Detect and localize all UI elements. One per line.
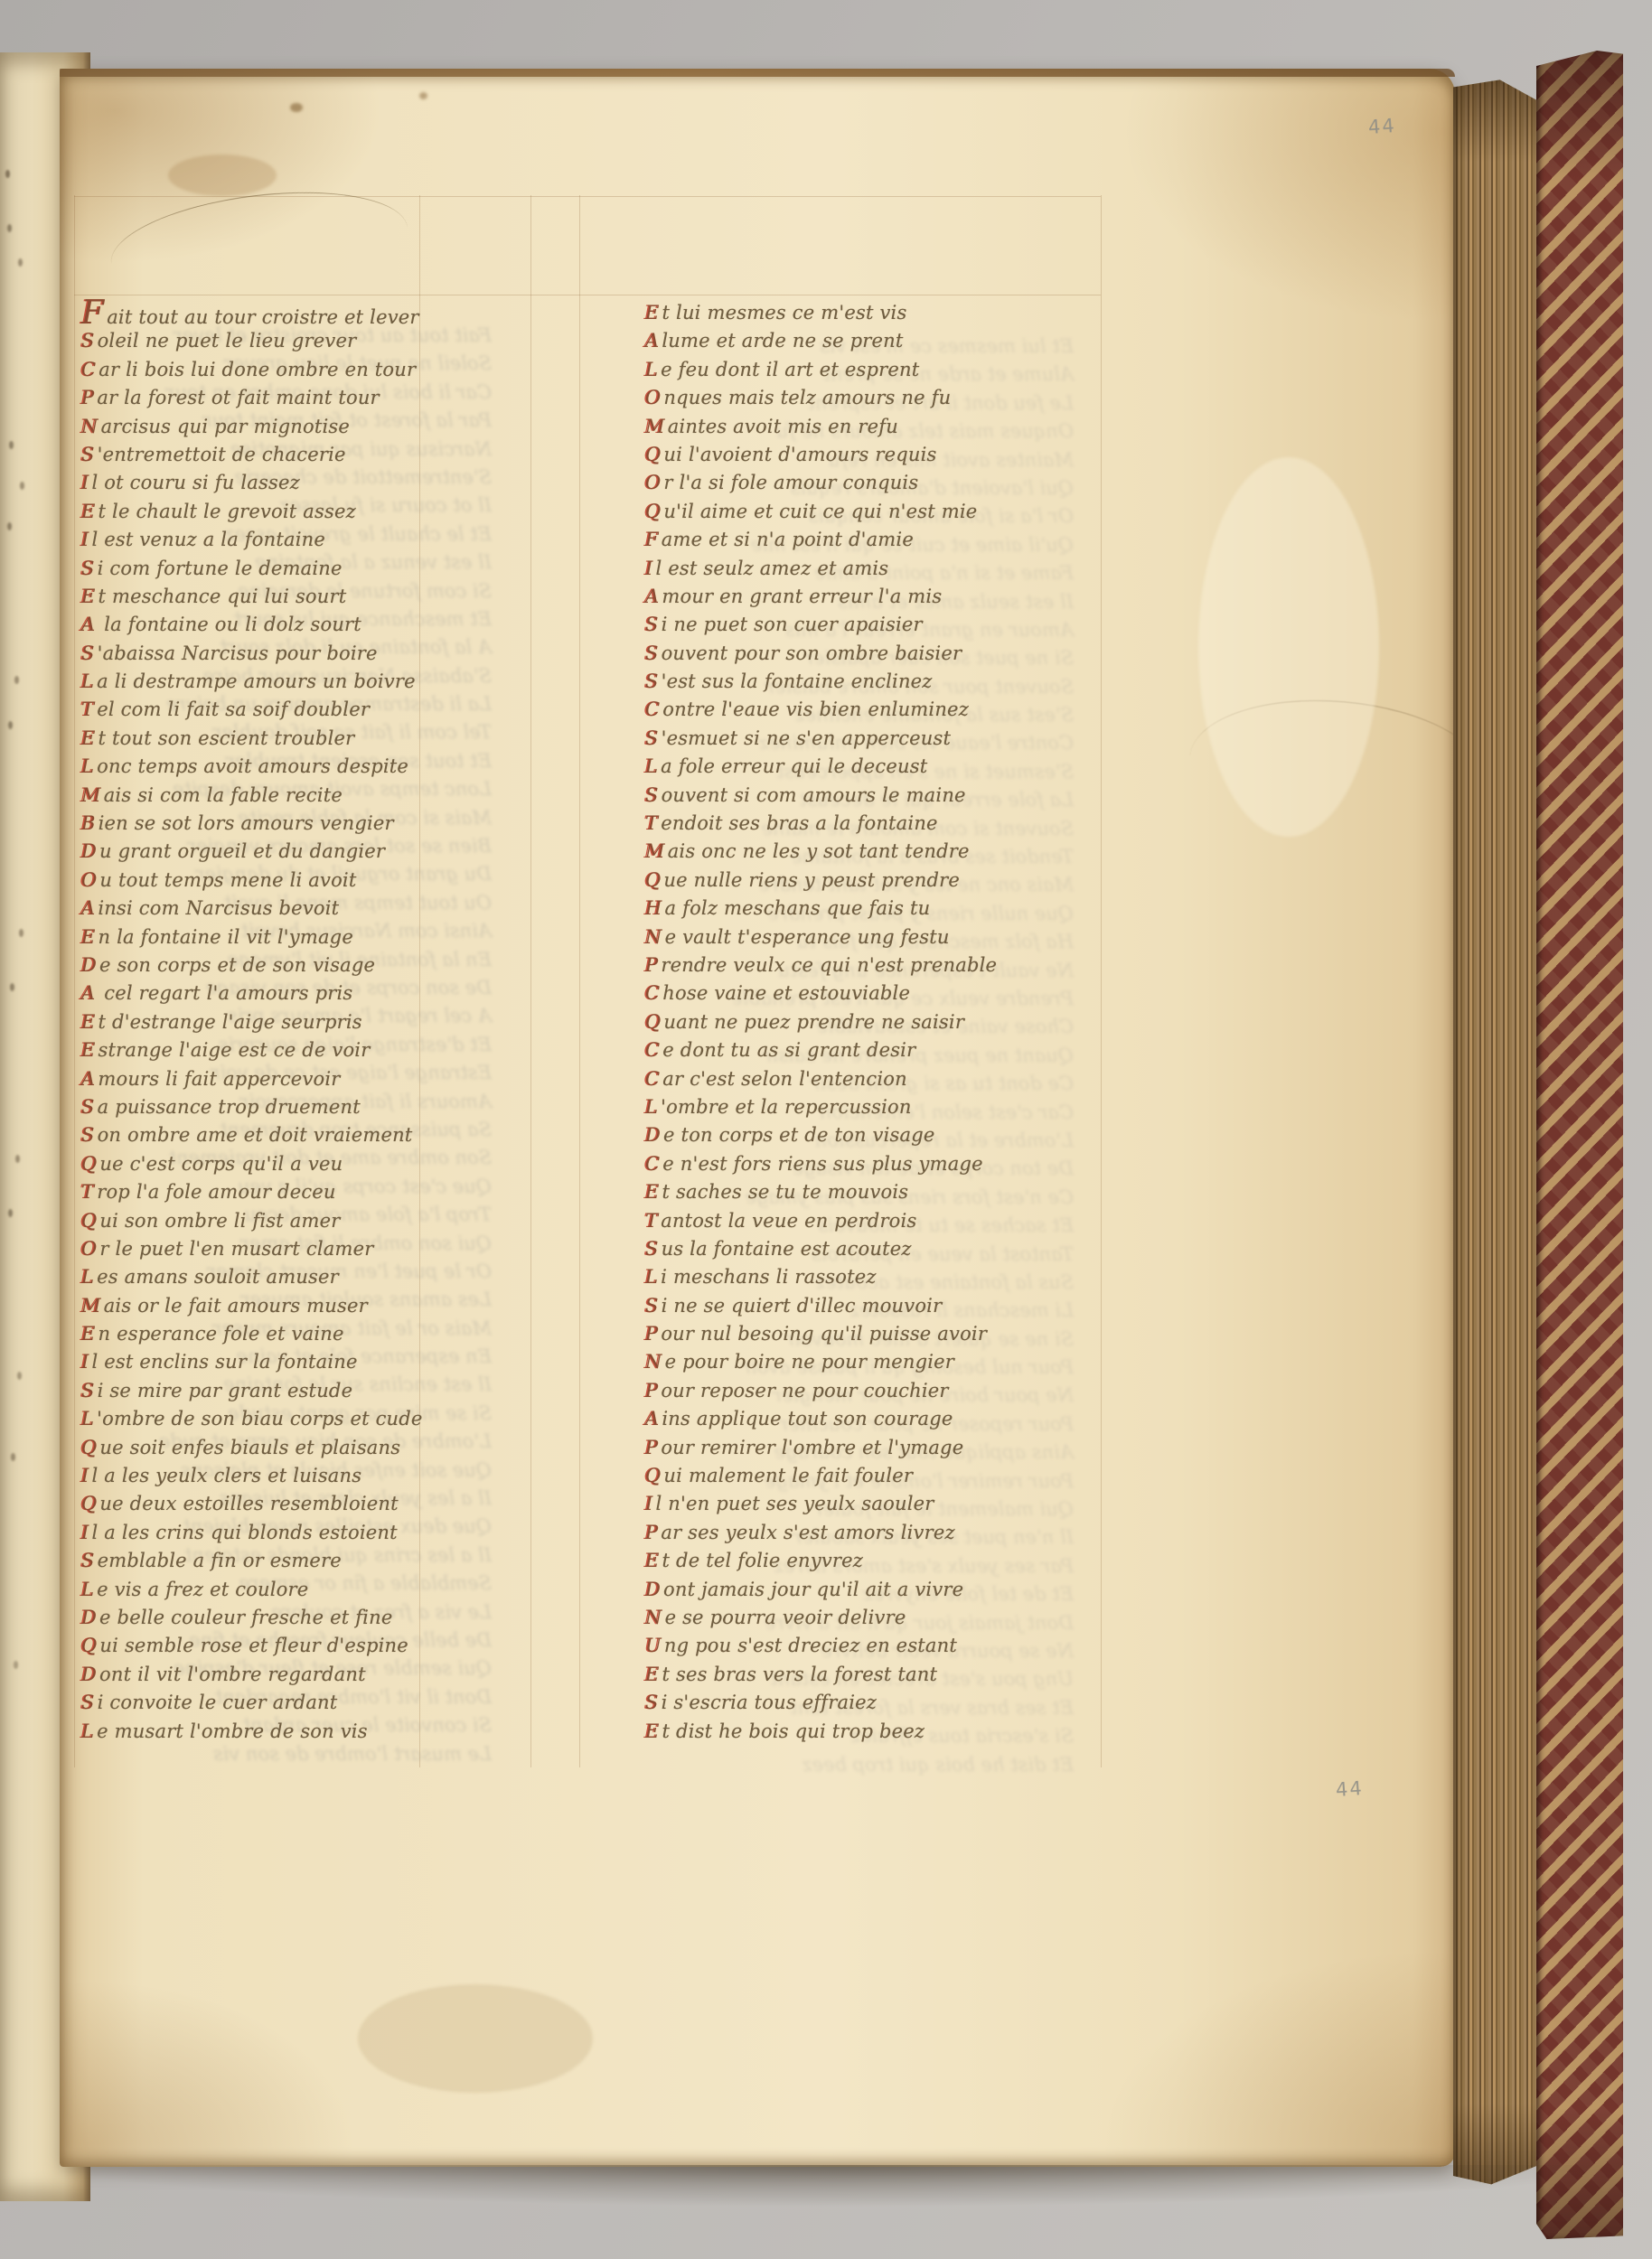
line-initial: Q (645, 501, 661, 522)
line-initial: C (81, 359, 96, 380)
line-text: mour en grant erreur l'a mis (662, 586, 942, 607)
line-initial: S (645, 1238, 659, 1260)
ruling-line (74, 196, 1101, 197)
manuscript-line: De ton corps et de ton visage (645, 1121, 1070, 1149)
line-initial: M (81, 784, 101, 806)
line-text: e dont tu as si grant desir (662, 1039, 915, 1061)
manuscript-line: Et dist he bois qui trop beez (649, 1751, 1074, 1779)
line-initial: F (81, 295, 104, 332)
manuscript-line: Si com fortune le demaine (81, 555, 506, 583)
manuscript-line: Ung pou s'est dreciez en estant (645, 1632, 1070, 1660)
line-initial: N (645, 926, 662, 948)
line-initial: I (645, 1493, 653, 1514)
line-text: i s'escria tous effraiez (662, 1692, 877, 1713)
line-text: i convoite le cuer ardant (98, 1692, 338, 1713)
manuscript-line: Il n'en puet ses yeulx saouler (645, 1490, 1070, 1518)
book-cover (1536, 51, 1623, 2239)
manuscript-line: Souvent si com amours le maine (645, 782, 1070, 810)
line-initial: S (81, 1550, 95, 1571)
line-text: e belle couleur fresche et fine (99, 1607, 392, 1628)
manuscript-line: Si ne puet son cuer apaisier (645, 611, 1070, 639)
manuscript-line: Que soit enfes biauls et plaisans (81, 1434, 506, 1462)
line-initial: I (645, 558, 653, 579)
line-initial: E (645, 302, 660, 323)
line-initial: L (81, 1408, 94, 1429)
line-text: ui semble rose et fleur d'espine (99, 1635, 408, 1656)
line-text: u grant orgueil et du dangier (99, 840, 385, 862)
manuscript-line: Chose vaine et estouviable (645, 980, 1070, 1008)
line-text: aintes avoit mis en refu (668, 416, 898, 437)
manuscript-line: Tendoit ses bras a la fontaine (645, 810, 1070, 838)
line-initial: T (645, 1210, 658, 1232)
line-text: ar la forest ot fait maint tour (97, 387, 379, 408)
line-initial: L (645, 359, 658, 380)
line-initial: S (81, 558, 95, 579)
line-initial: T (81, 698, 94, 720)
folio-number-bottom: 44 (1335, 1777, 1364, 1801)
line-text: i ne se quiert d'illec mouvoir (662, 1295, 943, 1317)
manuscript-line: Contre l'eaue vis bien enluminez (645, 696, 1070, 724)
line-text: ng pou s'est dreciez en estant (664, 1635, 957, 1656)
line-initial: F (645, 529, 659, 550)
line-initial: I (81, 1522, 89, 1543)
line-initial: E (81, 1039, 96, 1061)
line-text: rendre veulx ce qui n'est prenable (661, 954, 997, 976)
manuscript-line: Et d'estrange l'aige seurpris (81, 1008, 506, 1036)
manuscript-line: Onques mais telz amours ne fu (645, 384, 1070, 412)
line-initial: L (81, 755, 94, 777)
manuscript-line: Ha folz meschans que fais tu (645, 895, 1070, 923)
manuscript-line: Or l'a si fole amour conquis (645, 469, 1070, 497)
manuscript-line: Il ot couru si fu lassez (81, 469, 506, 497)
line-text: ar c'est selon l'entencion (662, 1068, 907, 1090)
line-text: us la fontaine est acoutez (662, 1238, 912, 1260)
line-initial: Q (81, 1210, 97, 1232)
manuscript-line: A cel regart l'a amours pris (81, 980, 506, 1008)
line-initial: D (81, 1607, 97, 1628)
manuscript-line: Pour remirer l'ombre et l'ymage (645, 1434, 1070, 1462)
manuscript-line: Il a les crins qui blonds estoient (81, 1519, 506, 1547)
line-initial: B (81, 812, 96, 834)
manuscript-line: Le feu dont il art et esprent (645, 356, 1070, 384)
manuscript-line: Quant ne puez prendre ne saisir (645, 1008, 1070, 1036)
line-text: arcisus qui par mignotise (101, 416, 350, 437)
line-initial: P (645, 1323, 658, 1345)
line-text: ouvent si com amours le maine (662, 784, 966, 806)
manuscript-line: Car c'est selon l'entencion (645, 1065, 1070, 1093)
text-column-left: Fait tout au tour croistre et leverSolei… (81, 299, 506, 1746)
line-text: t de tel folie enyvrez (662, 1550, 863, 1571)
line-initial: S (645, 784, 659, 806)
stain-patch (358, 1984, 593, 2093)
line-text: i meschans li rassotez (661, 1266, 877, 1288)
manuscript-line: Ce n'est fors riens sus plus ymage (645, 1150, 1070, 1178)
stain-patch (168, 155, 277, 196)
line-initial: S (81, 1380, 95, 1401)
line-text: l est seulz amez et amis (656, 558, 889, 579)
manuscript-line: Bien se sot lors amours vengier (81, 810, 506, 838)
manuscript-line: Et saches se tu te mouvois (645, 1178, 1070, 1206)
manuscript-line: Dont il vit l'ombre regardant (81, 1661, 506, 1689)
line-initial: S (81, 1096, 95, 1118)
line-text: ue soit enfes biauls et plaisans (99, 1437, 400, 1458)
line-text: ui son ombre li fist amer (99, 1210, 340, 1232)
line-text: on ombre ame et doit vraiement (98, 1124, 413, 1146)
line-initial: S (81, 1124, 95, 1146)
photo-backdrop: Fait tout au tour croistre et leverSolei… (0, 0, 1652, 2259)
line-text: 'entremettoit de chacerie (98, 444, 346, 465)
manuscript-line: Et de tel folie enyvrez (645, 1547, 1070, 1575)
line-initial: I (81, 1465, 89, 1486)
line-text: ien se sot lors amours vengier (99, 812, 394, 834)
line-text: l n'en puet ses yeulx saouler (656, 1493, 934, 1514)
text-column-right: Et lui mesmes ce m'est visAlume et arde … (645, 299, 1070, 1746)
line-text: hose vaine et estouviable (662, 982, 910, 1004)
line-initial: O (645, 387, 661, 408)
manuscript-line: Si ne se quiert d'illec mouvoir (645, 1292, 1070, 1320)
line-text: ame et si n'a point d'amie (662, 529, 914, 550)
line-initial: C (645, 698, 660, 720)
line-text: our remirer l'ombre et l'ymage (661, 1437, 963, 1458)
line-text: a puissance trop druement (98, 1096, 361, 1118)
line-initial: E (645, 1550, 660, 1571)
line-text: lume et arde ne se prent (662, 330, 903, 352)
line-initial: Q (645, 1011, 661, 1033)
ruling-line (530, 195, 531, 1767)
line-initial: P (645, 1522, 658, 1543)
line-text: a folz meschans que fais tu (665, 897, 931, 919)
line-initial: Q (645, 869, 661, 891)
line-text: t ses bras vers la forest tant (662, 1664, 938, 1685)
line-text: r l'a si fole amour conquis (663, 472, 918, 493)
line-initial: S (645, 1295, 659, 1317)
line-initial: P (81, 387, 94, 408)
line-initial: C (645, 1068, 660, 1090)
line-text: el com li fait sa soif doubler (97, 698, 370, 720)
line-text: antost la veue en perdrois (661, 1210, 916, 1232)
manuscript-line: Et le chault le grevoit assez (81, 498, 506, 526)
line-text: e n'est fors riens sus plus ymage (662, 1153, 982, 1175)
line-text: ont jamais jour qu'il ait a vivre (663, 1579, 963, 1600)
manuscript-line: Amour en grant erreur l'a mis (645, 583, 1070, 611)
manuscript-line: Pour nul besoing qu'il puisse avoir (645, 1320, 1070, 1348)
line-initial: A (81, 982, 95, 1004)
line-initial: L (81, 1720, 94, 1742)
manuscript-line: Car li bois lui done ombre en tour (81, 356, 506, 384)
line-text: ue nulle riens y peust prendre (663, 869, 960, 891)
manuscript-line: A la fontaine ou li dolz sourt (81, 611, 506, 639)
ruling-line (1101, 195, 1102, 1767)
line-text: rop l'a fole amour deceu (97, 1181, 335, 1203)
manuscript-line: Sus la fontaine est acoutez (645, 1235, 1070, 1263)
manuscript-line: Le vis a frez et coulore (81, 1576, 506, 1604)
manuscript-line: Si convoite le cuer ardant (81, 1689, 506, 1717)
line-initial: E (645, 1181, 660, 1203)
line-text: 'ombre et la repercussion (661, 1096, 911, 1118)
manuscript-line: Ne vault t'esperance ung festu (645, 923, 1070, 951)
line-text: l a les crins qui blonds estoient (92, 1522, 398, 1543)
line-initial: S (645, 727, 659, 749)
line-text: a li destrampe amours un boivre (97, 670, 416, 692)
facing-page-text-fragments (5, 170, 10, 178)
manuscript-line: Que nulle riens y peust prendre (645, 867, 1070, 895)
line-text: l est enclins sur la fontaine (92, 1351, 358, 1373)
folio-number-top: 44 (1367, 115, 1396, 138)
line-text: ins applique tout son courage (662, 1408, 953, 1429)
manuscript-line: Ou tout temps mene li avoit (81, 867, 506, 895)
line-initial: Q (81, 1153, 97, 1175)
line-text: t d'estrange l'aige seurpris (99, 1011, 362, 1033)
manuscript-line: Sa puissance trop druement (81, 1093, 506, 1121)
line-initial: S (81, 444, 95, 465)
manuscript-line: S'est sus la fontaine enclinez (645, 668, 1070, 696)
line-initial: E (645, 1664, 660, 1685)
line-text: ontre l'eaue vis bien enluminez (662, 698, 969, 720)
line-text: 'est sus la fontaine enclinez (662, 670, 933, 692)
line-initial: M (81, 1295, 101, 1317)
line-text: l est venuz a la fontaine (92, 529, 325, 550)
line-text: nques mais telz amours ne fu (663, 387, 951, 408)
line-initial: C (645, 982, 660, 1004)
line-initial: H (645, 897, 662, 919)
manuscript-line: Qui malement le fait fouler (645, 1462, 1070, 1490)
manuscript-line: Dont jamais jour qu'il ait a vivre (645, 1576, 1070, 1604)
line-initial: O (645, 472, 661, 493)
line-text: ui malement le fait fouler (663, 1465, 913, 1486)
manuscript-line: Estrange l'aige est ce de voir (81, 1036, 506, 1064)
line-initial: P (645, 954, 658, 976)
manuscript-line: S'esmuet si ne s'en apperceust (645, 725, 1070, 753)
line-initial: M (645, 840, 665, 862)
line-text: e pour boire ne pour mengier (665, 1351, 954, 1373)
line-text: a fole erreur qui le deceust (661, 755, 927, 777)
manuscript-page: Fait tout au tour croistre et leverSolei… (60, 69, 1455, 2167)
line-initial: O (81, 1238, 97, 1260)
manuscript-line: Si s'escria tous effraiez (645, 1689, 1070, 1717)
line-text: e musart l'ombre de son vis (97, 1720, 368, 1742)
manuscript-line: Les amans souloit amuser (81, 1263, 506, 1291)
line-text: l a les yeulx clers et luisans (92, 1465, 362, 1486)
hair-mark (105, 177, 413, 313)
line-text: t le chault le grevoit assez (99, 501, 356, 522)
line-initial: L (645, 755, 658, 777)
line-initial: I (81, 529, 89, 550)
line-initial: S (645, 642, 659, 664)
light-patch (1198, 457, 1379, 837)
line-initial: L (81, 670, 94, 692)
manuscript-line: Ne se pourra veoir delivre (645, 1604, 1070, 1632)
page-fore-edges (1453, 78, 1538, 2189)
manuscript-line: Mais or le fait amours muser (81, 1292, 506, 1320)
manuscript-line: Maintes avoit mis en refu (645, 413, 1070, 441)
manuscript-line: Semblable a fin or esmere (81, 1547, 506, 1575)
line-text: ar ses yeulx s'est amors livrez (661, 1522, 954, 1543)
manuscript-line: Et tout son escient troubler (81, 725, 506, 753)
page-top-edge (60, 69, 1455, 77)
manuscript-line: Si se mire par grant estude (81, 1377, 506, 1405)
manuscript-line: Pour reposer ne pour couchier (645, 1377, 1070, 1405)
line-initial: A (81, 1068, 95, 1090)
line-initial: A (81, 897, 95, 919)
line-text: ar li bois lui done ombre en tour (99, 359, 416, 380)
line-initial: C (645, 1153, 660, 1175)
line-initial: I (81, 1351, 89, 1373)
line-text: uant ne puez prendre ne saisir (663, 1011, 964, 1033)
manuscript-line: Ainsi com Narcisus bevoit (81, 895, 506, 923)
line-initial: U (645, 1635, 662, 1656)
line-text: ue c'est corps qu'il a veu (99, 1153, 343, 1175)
line-initial: E (645, 1720, 660, 1742)
line-text: n esperance fole et vaine (99, 1323, 344, 1345)
line-text: onc temps avoit amours despite (97, 755, 408, 777)
line-initial: Q (645, 1465, 661, 1486)
line-text: cel regart l'a amours pris (98, 982, 352, 1004)
manuscript-line: Que deux estoilles resembloient (81, 1490, 506, 1518)
manuscript-line: Il est venuz a la fontaine (81, 526, 506, 554)
line-initial: P (645, 1437, 658, 1458)
line-text: ait tout au tour croistre et lever (107, 306, 418, 328)
line-initial: N (81, 416, 99, 437)
manuscript-line: Mais onc ne les y sot tant tendre (645, 838, 1070, 866)
line-text: insi com Narcisus bevoit (98, 897, 339, 919)
manuscript-line: Par ses yeulx s'est amors livrez (645, 1519, 1070, 1547)
line-initial: E (81, 1323, 96, 1345)
line-text: e son corps et de son visage (99, 954, 375, 976)
line-text: l ot couru si fu lassez (92, 472, 300, 493)
line-initial: L (645, 1266, 658, 1288)
manuscript-line: Et meschance qui lui sourt (81, 583, 506, 611)
line-text: ais or le fait amours muser (104, 1295, 368, 1317)
line-initial: S (645, 1692, 659, 1713)
line-initial: E (81, 727, 96, 749)
manuscript-line: Que c'est corps qu'il a veu (81, 1150, 506, 1178)
manuscript-line: L'ombre de son biau corps et cude (81, 1405, 506, 1433)
line-initial: Q (81, 1437, 97, 1458)
line-initial: A (645, 330, 659, 352)
line-initial: S (81, 1692, 95, 1713)
line-text: t lui mesmes ce m'est vis (662, 302, 907, 323)
manuscript-line: Qui son ombre li fist amer (81, 1207, 506, 1235)
line-initial: N (645, 1607, 662, 1628)
stain-spot (419, 92, 427, 99)
line-initial: A (81, 614, 95, 635)
line-text: 'abaissa Narcisus pour boire (98, 642, 378, 664)
line-text: oleil ne puet le lieu grever (98, 330, 357, 352)
line-text: t saches se tu te mouvois (662, 1181, 909, 1203)
line-text: i ne puet son cuer apaisier (662, 614, 923, 635)
manuscript-line: Li meschans li rassotez (645, 1263, 1070, 1291)
line-text: emblable a fin or esmere (98, 1550, 342, 1571)
manuscript-line: Tel com li fait sa soif doubler (81, 696, 506, 724)
manuscript-line: En la fontaine il vit l'ymage (81, 923, 506, 951)
line-initial: D (645, 1124, 661, 1146)
manuscript-line: Il est seulz amez et amis (645, 555, 1070, 583)
line-initial: Q (81, 1635, 97, 1656)
line-text: endoit ses bras a la fontaine (661, 812, 937, 834)
manuscript-line: S'abaissa Narcisus pour boire (81, 640, 506, 668)
line-initial: N (645, 1351, 662, 1373)
line-text: ue deux estoilles resembloient (99, 1493, 398, 1514)
manuscript-line: S'entremettoit de chacerie (81, 441, 506, 469)
line-text: n la fontaine il vit l'ymage (99, 926, 353, 948)
line-text: e vault t'esperance ung festu (665, 926, 950, 948)
manuscript-line: Et lui mesmes ce m'est vis (645, 299, 1070, 327)
line-text: e ton corps et de ton visage (663, 1124, 934, 1146)
manuscript-line: La fole erreur qui le deceust (645, 753, 1070, 781)
manuscript-line: La li destrampe amours un boivre (81, 668, 506, 696)
manuscript-line: De son corps et de son visage (81, 951, 506, 980)
line-text: t tout son escient troubler (99, 727, 355, 749)
line-text: ais onc ne les y sot tant tendre (668, 840, 970, 862)
line-text: ouvent pour son ombre baisier (662, 642, 962, 664)
line-initial: S (645, 614, 659, 635)
line-initial: S (645, 670, 659, 692)
line-text: e feu dont il art et esprent (661, 359, 919, 380)
line-initial: O (81, 869, 97, 891)
ruling-line (579, 195, 580, 1767)
line-text: our reposer ne pour couchier (661, 1380, 948, 1401)
line-text: 'ombre de son biau corps et cude (97, 1408, 422, 1429)
manuscript-line: L'ombre et la repercussion (645, 1093, 1070, 1121)
line-initial: E (81, 586, 96, 607)
manuscript-line: Il a les yeulx clers et luisans (81, 1462, 506, 1490)
line-initial: C (645, 1039, 660, 1061)
line-initial: E (81, 501, 96, 522)
line-text: e se pourra veoir delivre (665, 1607, 906, 1628)
line-text: 'esmuet si ne s'en apperceust (662, 727, 952, 749)
manuscript-line: Du grant orgueil et du dangier (81, 838, 506, 866)
manuscript-line: Et ses bras vers la forest tant (645, 1661, 1070, 1689)
line-text: i com fortune le demaine (98, 558, 343, 579)
line-text: t dist he bois qui trop beez (662, 1720, 925, 1742)
line-initial: S (81, 642, 95, 664)
line-text: ais si com la fable recite (104, 784, 343, 806)
stain-spot (290, 103, 303, 112)
manuscript-line: Qu'il aime et cuit ce qui n'est mie (645, 498, 1070, 526)
book-shadow (54, 2165, 1627, 2207)
line-text: our nul besoing qu'il puisse avoir (661, 1323, 987, 1345)
manuscript-line: Le musart l'ombre de son vis (81, 1718, 506, 1746)
manuscript-line: Tantost la veue en perdrois (645, 1207, 1070, 1235)
manuscript-line: Alume et arde ne se prent (645, 327, 1070, 355)
line-initial: D (81, 954, 97, 976)
line-initial: S (81, 330, 95, 352)
manuscript-line: Il est enclins sur la fontaine (81, 1348, 506, 1376)
line-text: u'il aime et cuit ce qui n'est mie (663, 501, 977, 522)
manuscript-line: Or le puet l'en musart clamer (81, 1235, 506, 1263)
line-initial: Q (81, 1493, 97, 1514)
manuscript-line: Fait tout au tour croistre et lever (81, 299, 506, 327)
manuscript-line: Et dist he bois qui trop beez (645, 1718, 1070, 1746)
manuscript-line: Souvent pour son ombre baisier (645, 640, 1070, 668)
line-text: es amans souloit amuser (97, 1266, 339, 1288)
line-initial: L (81, 1579, 94, 1600)
line-text: la fontaine ou li dolz sourt (98, 614, 361, 635)
line-text: ui l'avoient d'amours requis (663, 444, 936, 465)
line-initial: M (645, 416, 665, 437)
line-initial: L (81, 1266, 94, 1288)
manuscript-line: Trop l'a fole amour deceu (81, 1178, 506, 1206)
manuscript-line: Amours li fait appercevoir (81, 1065, 506, 1093)
line-initial: T (81, 1181, 94, 1203)
line-initial: A (645, 586, 659, 607)
manuscript-line: Ains applique tout son courage (645, 1405, 1070, 1433)
line-initial: Q (645, 444, 661, 465)
line-initial: D (81, 840, 97, 862)
line-initial: E (81, 1011, 96, 1033)
line-initial: T (645, 812, 658, 834)
line-text: ont il vit l'ombre regardant (99, 1664, 366, 1685)
